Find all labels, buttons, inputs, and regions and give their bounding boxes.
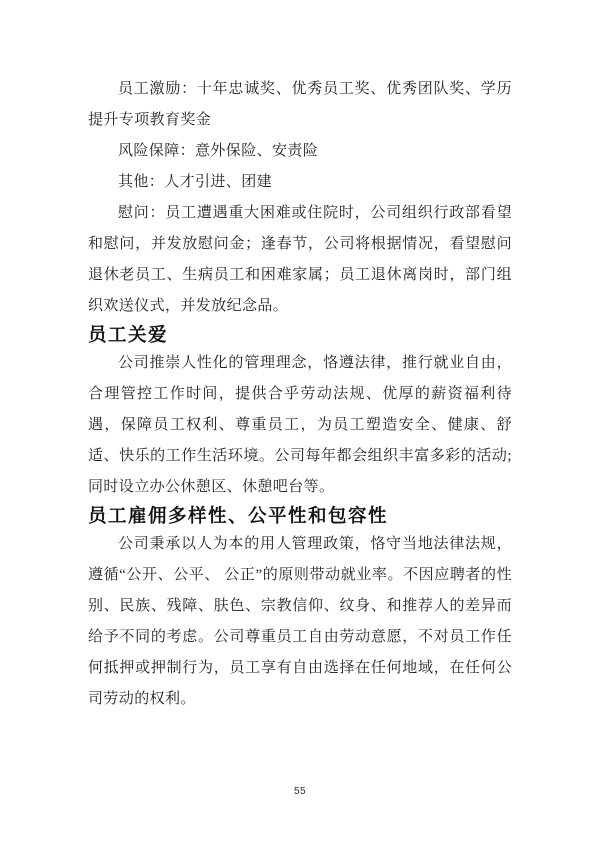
page-number: 55 (0, 786, 600, 797)
paragraph-employee-incentives: 员工激励：十年忠诚奖、优秀员工奖、优秀团队奖、学历提升专项教育奖金 (88, 74, 512, 136)
heading-employee-care: 员工关爱 (88, 322, 512, 348)
paragraph-employment-diversity: 公司秉承以人为本的用人管理政策，恪守当地法律法规，遵循“公开、公平、 公正”的原… (88, 529, 512, 715)
paragraph-condolence: 慰问：员工遭遇重大困难或住院时，公司组织行政部看望和慰问，并发放慰问金；逢春节，… (88, 198, 512, 322)
paragraph-other-benefits: 其他：人才引进、团建 (88, 167, 512, 198)
paragraph-risk-protection: 风险保障：意外保险、安责险 (88, 136, 512, 167)
heading-employment-diversity: 员工雇佣多样性、公平性和包容性 (88, 503, 512, 529)
paragraph-employee-care: 公司推崇人性化的管理理念，恪遵法律，推行就业自由，合理管控工作时间，提供合乎劳动… (88, 348, 512, 503)
document-page: 员工激励：十年忠诚奖、优秀员工奖、优秀团队奖、学历提升专项教育奖金 风险保障：意… (0, 0, 600, 848)
